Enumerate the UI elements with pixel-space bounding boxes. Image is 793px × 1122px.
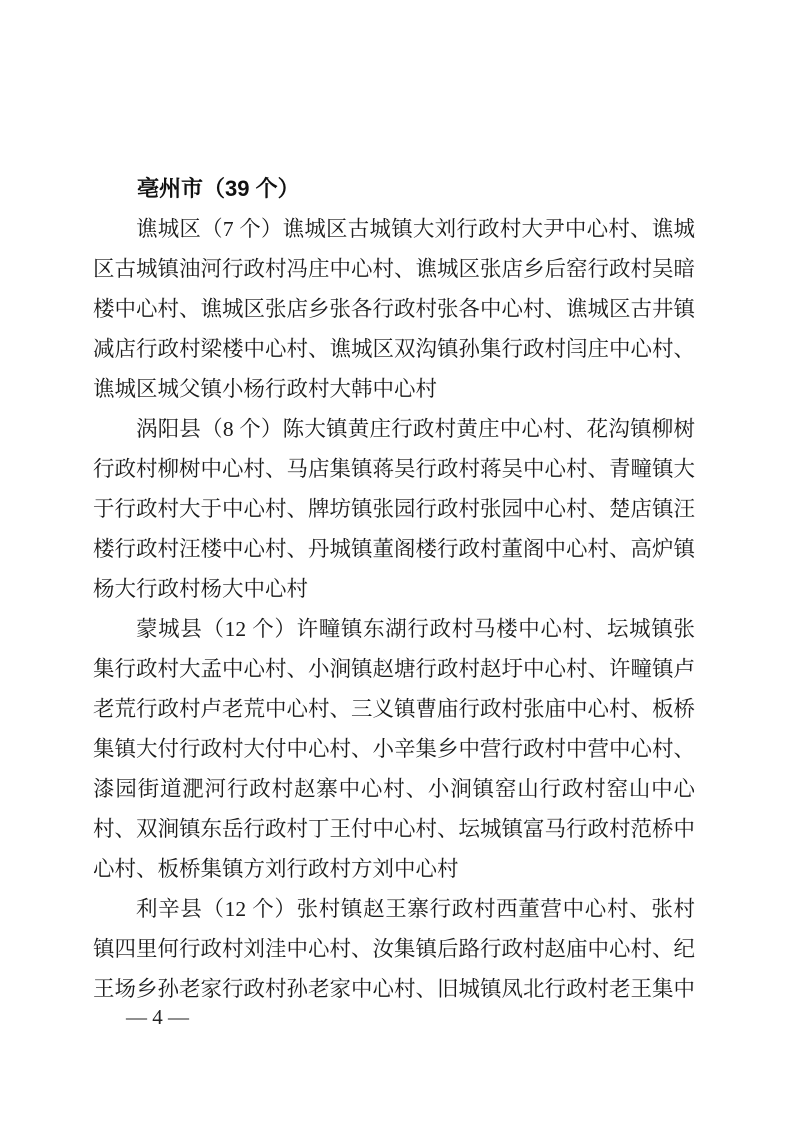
page-number: — 4 —: [126, 1000, 189, 1034]
paragraph-lixin-county: 利辛县（12 个）张村镇赵王寨行政村西董营中心村、张村镇四里何行政村刘洼中心村、…: [93, 889, 695, 1009]
paragraph-qiaocheng-district: 谯城区（7 个）谯城区古城镇大刘行政村大尹中心村、谯城区古城镇油河行政村冯庄中心…: [93, 209, 695, 409]
paragraph-mengcheng-county: 蒙城县（12 个）许疃镇东湖行政村马楼中心村、坛城镇张集行政村大孟中心村、小涧镇…: [93, 609, 695, 889]
document-page: 亳州市（39 个） 谯城区（7 个）谯城区古城镇大刘行政村大尹中心村、谯城区古城…: [0, 0, 793, 1122]
document-body: 亳州市（39 个） 谯城区（7 个）谯城区古城镇大刘行政村大尹中心村、谯城区古城…: [93, 169, 695, 1009]
paragraph-woyang-county: 涡阳县（8 个）陈大镇黄庄行政村黄庄中心村、花沟镇柳树行政村柳树中心村、马店集镇…: [93, 409, 695, 609]
city-heading: 亳州市（39 个）: [93, 169, 695, 209]
